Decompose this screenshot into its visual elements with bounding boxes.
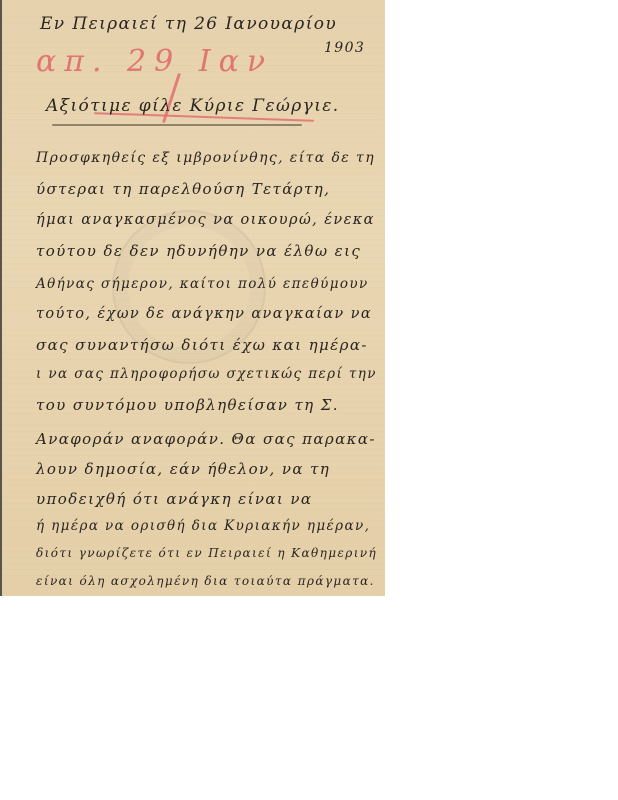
- place-date: Εν Πειραιεί τη 26 Ιανουαρίου: [40, 14, 337, 34]
- body-line: τούτο, έχων δε ανάγκην αναγκαίαν να: [36, 306, 372, 322]
- body-line: τούτου δε δεν ηδυνήθην να έλθω εις: [36, 242, 361, 260]
- salutation: Αξιότιμε φίλε Κύριε Γεώργιε.: [46, 96, 340, 116]
- body-line: Προσφκηθείς εξ ιμβρονίνθης, είτα δε τη: [36, 150, 375, 166]
- salutation-underline: [52, 124, 302, 126]
- year: 1903: [324, 40, 365, 56]
- body-line: ήμαι αναγκασμένος να οικουρώ, ένεκα: [36, 212, 375, 228]
- body-line: Αναφοράν αναφοράν. Θα σας παρακα-: [36, 430, 376, 448]
- body-line: Αθήνας σήμερον, καίτοι πολύ επεθύμουν: [36, 276, 369, 292]
- red-annotation: απ. 29 Ιαν: [36, 44, 273, 79]
- body-line: υποδειχθή ότι ανάγκη είναι να: [36, 490, 312, 508]
- body-line: είναι όλη ασχολημένη δια τοιαύτα πράγματ…: [36, 574, 375, 588]
- body-line: ή ημέρα να ορισθή δια Κυριακήν ημέραν,: [36, 518, 370, 534]
- body-line: σας συναντήσω διότι έχω και ημέρα-: [36, 336, 368, 354]
- body-line: λουν δημοσία, εάν ήθελον, να τη: [36, 460, 330, 478]
- page: Εν Πειραιεί τη 26 Ιανουαρίου 1903 απ. 29…: [0, 0, 618, 800]
- body-line: του συντόμου υποβληθείσαν τη Σ.: [36, 396, 339, 414]
- body-line: ύστεραι τη παρελθούση Τετάρτη,: [36, 180, 330, 198]
- body-line: διότι γνωρίζετε ότι εν Πειραιεί η Καθημε…: [36, 546, 377, 560]
- body-line: ι να σας πληροφορήσω σχετικώς περί την: [36, 366, 377, 382]
- letter-sheet: Εν Πειραιεί τη 26 Ιανουαρίου 1903 απ. 29…: [0, 0, 385, 596]
